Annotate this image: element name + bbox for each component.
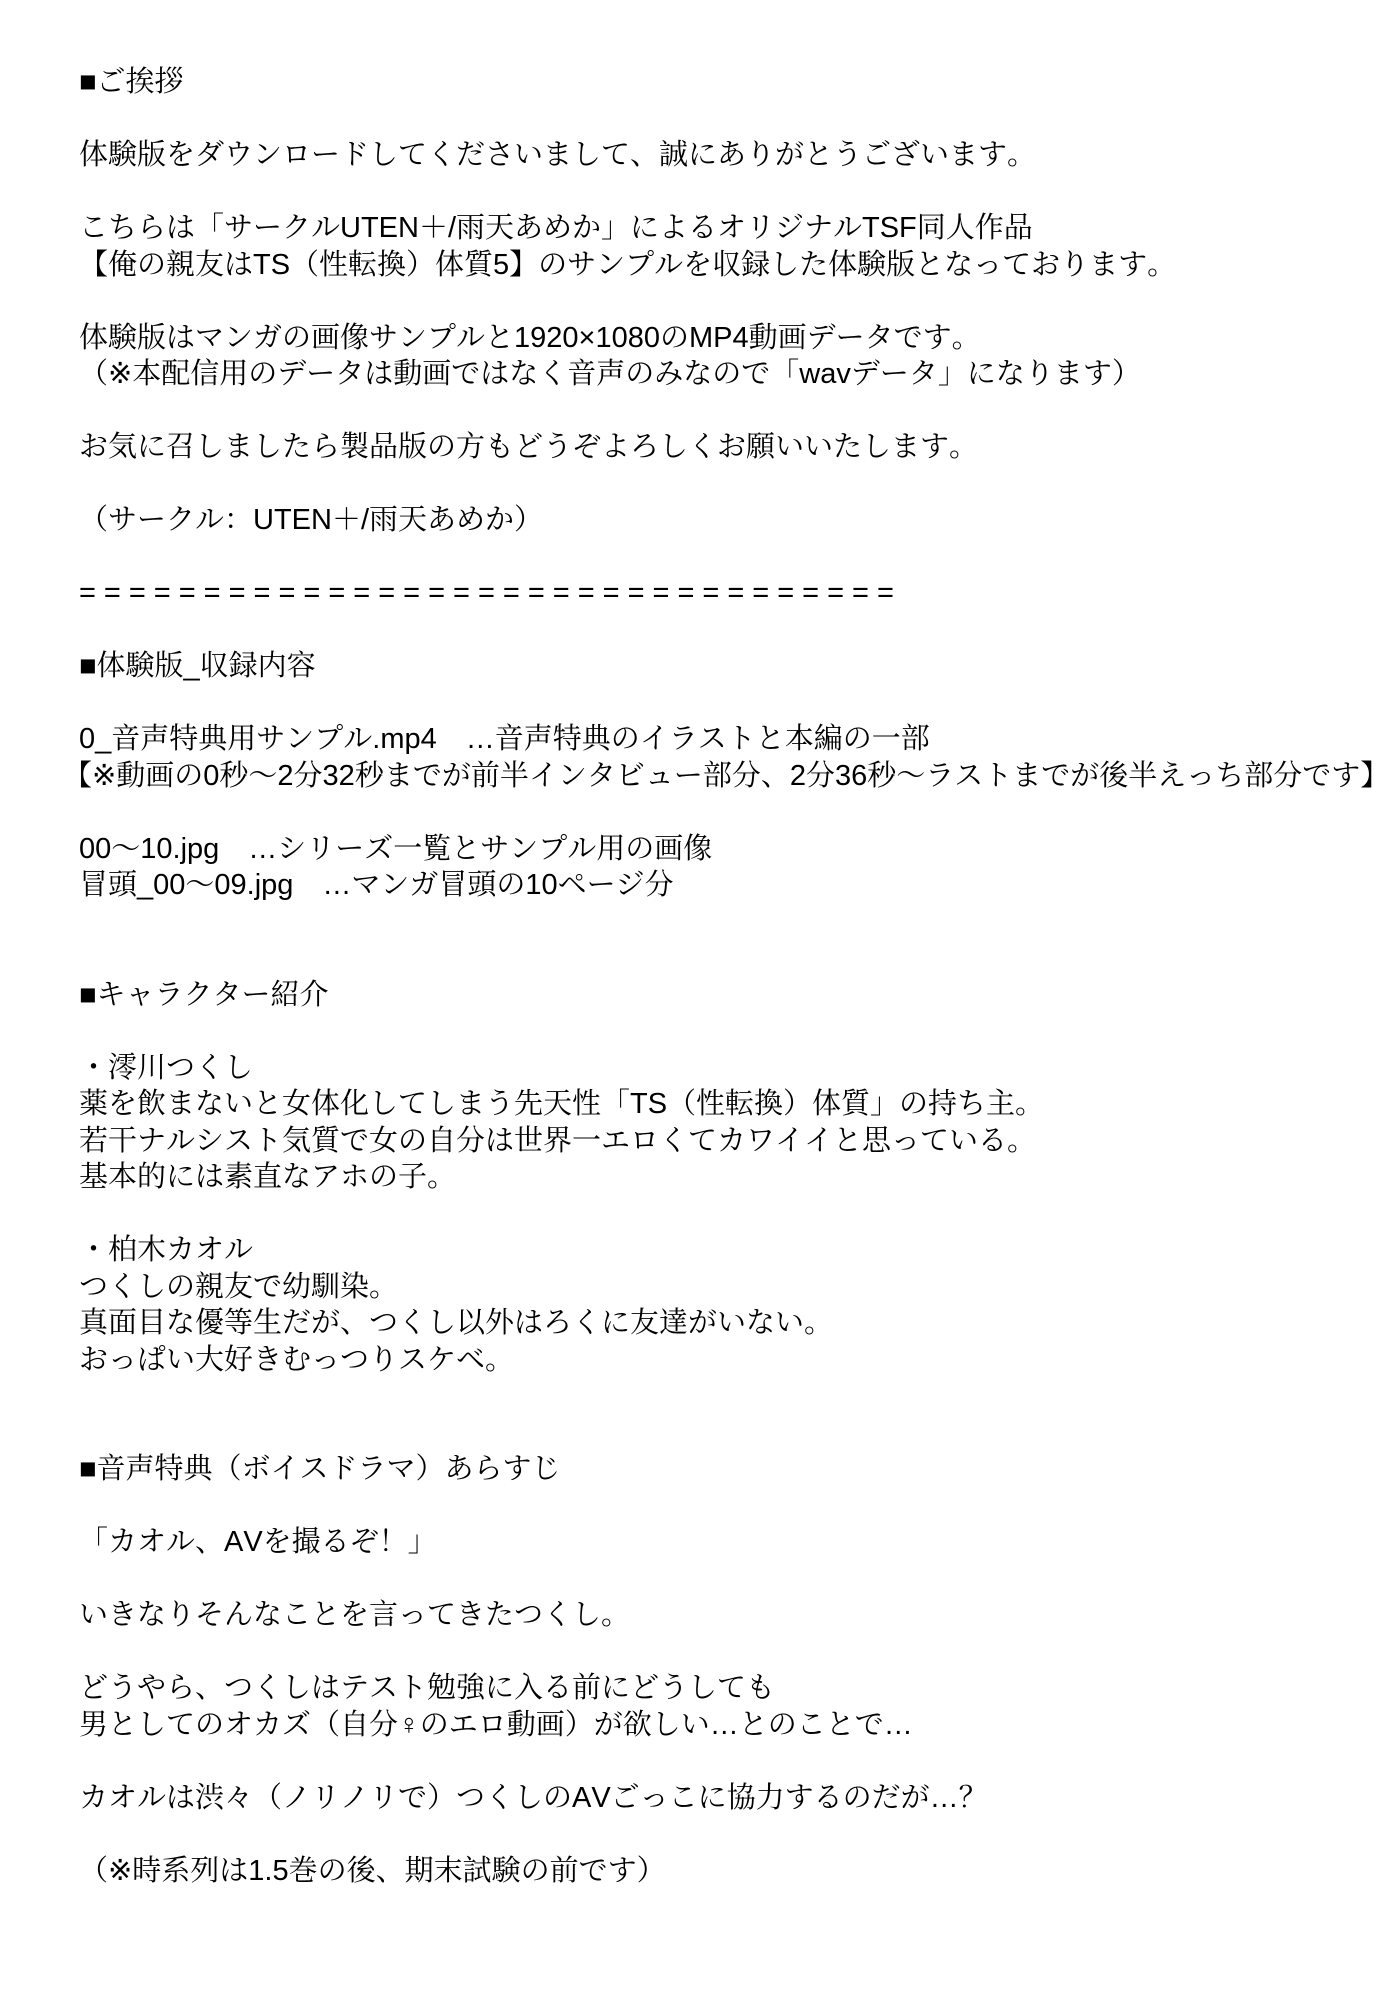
text-line: （※時系列は1.5巻の後、期末試験の前です） bbox=[63, 1853, 1400, 1890]
blank-line bbox=[63, 612, 1400, 649]
blank-line bbox=[63, 1816, 1400, 1853]
blank-line bbox=[63, 685, 1400, 722]
blank-line bbox=[63, 1561, 1400, 1598]
blank-line bbox=[63, 393, 1400, 430]
text-line: 体験版をダウンロードしてくださいまして、誠にありがとうございます。 bbox=[63, 137, 1400, 174]
blank-line bbox=[63, 1488, 1400, 1525]
blank-line bbox=[63, 794, 1400, 831]
blank-line bbox=[63, 283, 1400, 320]
document-page: ■ご挨拶 体験版をダウンロードしてくださいまして、誠にありがとうございます。 こ… bbox=[0, 0, 1400, 1989]
text-line: いきなりそんなことを言ってきたつくし。 bbox=[63, 1597, 1400, 1634]
text-line: （※本配信用のデータは動画ではなく音声のみなので「wavデータ」になります） bbox=[63, 356, 1400, 393]
blank-line bbox=[63, 1378, 1400, 1415]
blank-line bbox=[63, 174, 1400, 211]
section-heading-greeting: ■ご挨拶 bbox=[63, 64, 1400, 101]
text-line: 薬を飲まないと女体化してしまう先天性「TS（性転換）体質」の持ち主。 bbox=[63, 1086, 1400, 1123]
blank-line bbox=[63, 1013, 1400, 1050]
blank-line bbox=[63, 1743, 1400, 1780]
text-line: 0_音声特典用サンプル.mp4 …音声特典のイラストと本編の一部 bbox=[63, 721, 1400, 758]
blank-line bbox=[63, 1196, 1400, 1233]
text-line: こちらは「サークルUTEN＋/雨天あめか」によるオリジナルTSF同人作品 bbox=[63, 210, 1400, 247]
text-line: 真面目な優等生だが、つくし以外はろくに友達がいない。 bbox=[63, 1305, 1400, 1342]
blank-line bbox=[63, 1634, 1400, 1671]
text-line: カオルは渋々（ノリノリで）つくしのAVごっこに協力するのだが…？ bbox=[63, 1780, 1400, 1817]
text-line: 00～10.jpg …シリーズ一覧とサンプル用の画像 bbox=[63, 831, 1400, 868]
blank-line bbox=[63, 904, 1400, 941]
text-line: 【※動画の0秒～2分32秒までが前半インタビュー部分、2分36秒～ラストまでが後… bbox=[63, 758, 1400, 795]
blank-line bbox=[63, 940, 1400, 977]
text-line: （サークル：UTEN＋/雨天あめか） bbox=[63, 502, 1400, 539]
separator-line: ================================= bbox=[63, 575, 1400, 612]
text-line: 冒頭_00～09.jpg …マンガ冒頭の10ページ分 bbox=[63, 867, 1400, 904]
text-line: 若干ナルシスト気質で女の自分は世界一エロくてカワイイと思っている。 bbox=[63, 1123, 1400, 1160]
section-heading-voice-drama: ■音声特典（ボイスドラマ）あらすじ bbox=[63, 1451, 1400, 1488]
blank-line bbox=[63, 466, 1400, 503]
text-line: おっぱい大好きむっつりスケベ。 bbox=[63, 1342, 1400, 1379]
blank-line bbox=[63, 101, 1400, 138]
text-line: 「カオル、AVを撮るぞ！」 bbox=[63, 1524, 1400, 1561]
text-line: 男としてのオカズ（自分♀のエロ動画）が欲しい…とのことで… bbox=[63, 1707, 1400, 1744]
blank-line bbox=[63, 539, 1400, 576]
text-line: ・澪川つくし bbox=[63, 1050, 1400, 1087]
section-heading-contents: ■体験版_収録内容 bbox=[63, 648, 1400, 685]
text-line: 【俺の親友はTS（性転換）体質5】のサンプルを収録した体験版となっております。 bbox=[63, 247, 1400, 284]
blank-line bbox=[63, 1415, 1400, 1452]
text-line: ・柏木カオル bbox=[63, 1232, 1400, 1269]
section-heading-characters: ■キャラクター紹介 bbox=[63, 977, 1400, 1014]
text-line: 基本的には素直なアホの子。 bbox=[63, 1159, 1400, 1196]
text-line: どうやら、つくしはテスト勉強に入る前にどうしても bbox=[63, 1670, 1400, 1707]
text-line: 体験版はマンガの画像サンプルと1920×1080のMP4動画データです。 bbox=[63, 320, 1400, 357]
text-line: お気に召しましたら製品版の方もどうぞよろしくお願いいたします。 bbox=[63, 429, 1400, 466]
text-line: つくしの親友で幼馴染。 bbox=[63, 1269, 1400, 1306]
